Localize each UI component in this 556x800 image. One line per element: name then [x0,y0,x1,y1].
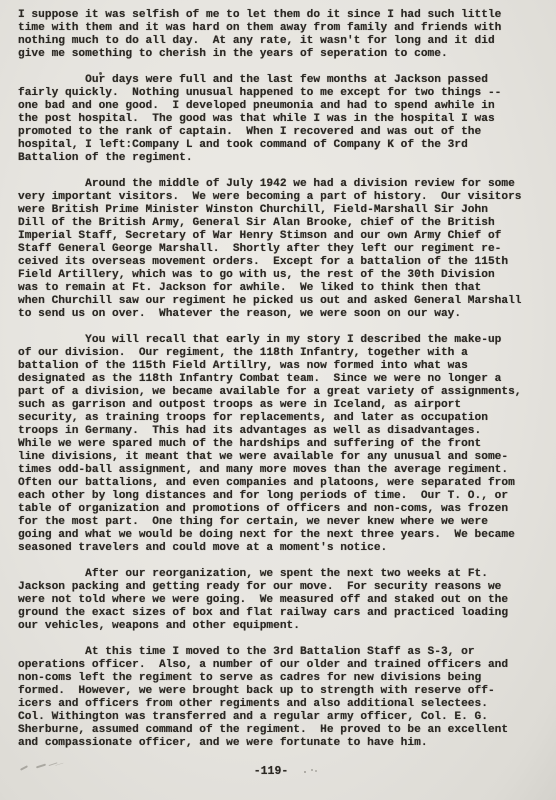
paragraph-5: After our reorganization, we spent the n… [18,568,546,633]
page-number: -119- [0,765,542,778]
page-text: I suppose it was selfish of me to let th… [18,9,546,763]
ink-dot-mark [99,72,102,75]
paragraph-1: I suppose it was selfish of me to let th… [18,9,546,61]
document-page: I suppose it was selfish of me to let th… [0,0,556,800]
paragraph-4: You will recall that early in my story I… [18,334,546,555]
paragraph-2: Our days were full and the last few mont… [18,74,546,165]
paragraph-6: At this time I moved to the 3rd Battalio… [18,646,546,750]
paragraph-3: Around the middle of July 1942 we had a … [18,178,546,321]
